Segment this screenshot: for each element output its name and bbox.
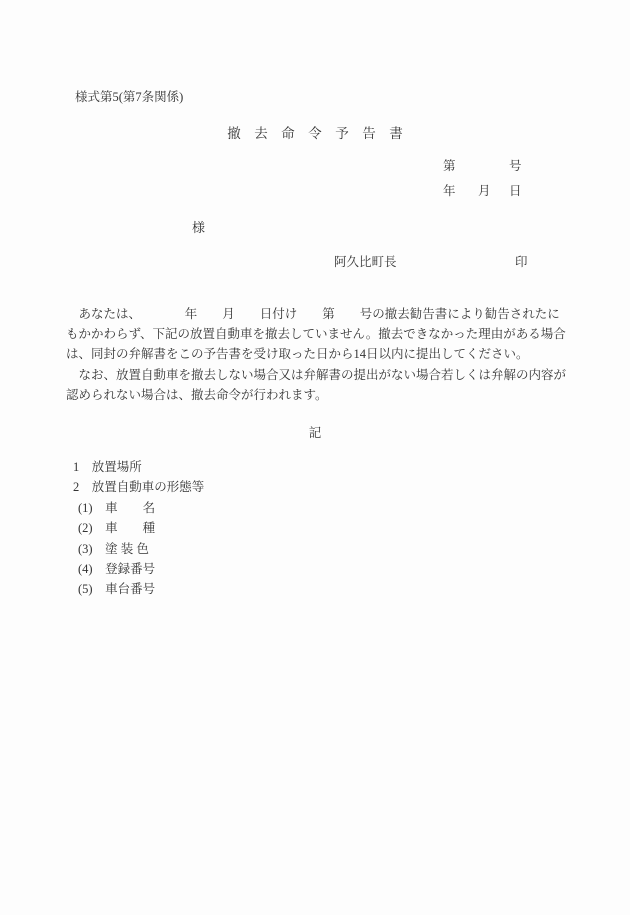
addressee-honorific-label: 様: [192, 217, 205, 236]
form-reference: 様式第5(第7条関係): [75, 87, 183, 105]
list-item-car-name: (1) 車 名: [73, 498, 204, 518]
record-heading: 記: [0, 423, 630, 441]
list-item-vehicle-condition: 2 放置自動車の形態等: [73, 477, 204, 497]
doc-number-suffix-label: 号: [509, 156, 522, 174]
seal-mark-label: 印: [515, 252, 528, 270]
doc-number-prefix-label: 第: [443, 156, 456, 174]
body-line: もかかわらず、下記の放置自動車を撤去していません。撤去できなかった理由がある場合: [66, 324, 568, 344]
body-line: は、同封の弁解書をこの予告書を受け取った日から14日以内に提出してください。: [66, 344, 568, 364]
list-item-car-type: (2) 車 種: [73, 518, 204, 538]
body-line: なお、放置自動車を撤去しない場合又は弁解書の提出がない場合若しくは弁解の内容が: [66, 365, 568, 385]
list-item-chassis-number: (5) 車台番号: [73, 579, 204, 599]
issuer-title-label: 阿久比町長: [334, 252, 397, 270]
body-line: あなたは、 年 月 日付け 第 号の撤去勧告書により勧告されたに: [66, 304, 568, 324]
body-paragraphs: あなたは、 年 月 日付け 第 号の撤去勧告書により勧告されたに もかかわらず、…: [66, 304, 568, 405]
list-item-registration-number: (4) 登録番号: [73, 559, 204, 579]
body-line: 認められない場合は、撤去命令が行われます。: [66, 385, 568, 405]
list-item-placement-location: 1 放置場所: [73, 457, 204, 477]
document-page: 様式第5(第7条関係) 撤 去 命 令 予 告 書 第 号 年 月 日 様 阿久…: [0, 0, 630, 915]
list-item-paint-color: (3) 塗 装 色: [73, 539, 204, 559]
date-month-label: 月: [478, 181, 491, 199]
date-day-label: 日: [509, 181, 522, 199]
date-year-label: 年: [443, 181, 456, 199]
record-list: 1 放置場所 2 放置自動車の形態等 (1) 車 名 (2) 車 種 (3) 塗…: [73, 457, 204, 600]
document-title: 撤 去 命 令 予 告 書: [0, 122, 630, 142]
